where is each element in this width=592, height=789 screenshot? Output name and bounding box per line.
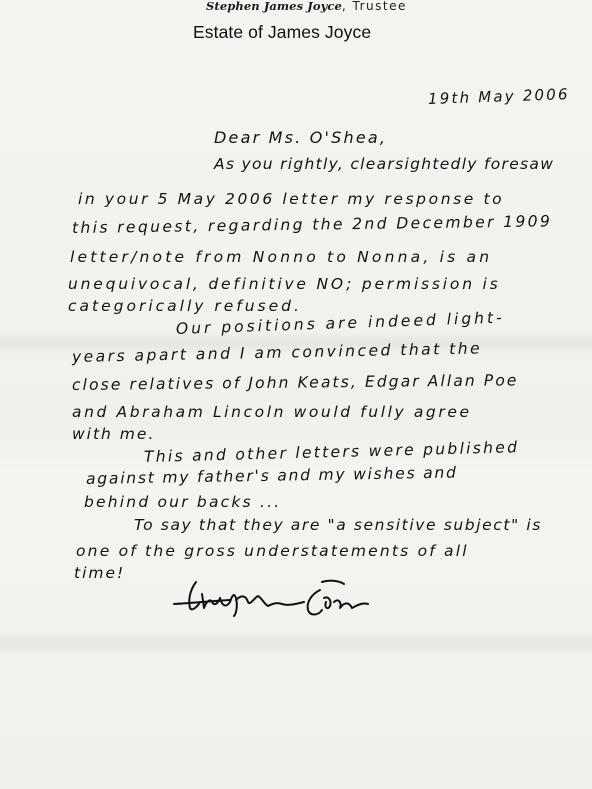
letter-line: To say that they are "a sensitive subjec… [134,516,542,534]
letter-line: letter/note from Nonno to Nonna, is an [70,248,492,266]
letter-date: 19th May 2006 [428,85,570,108]
letterhead-organization: Estate of James Joyce [193,22,371,43]
signature: Stephen Joyce [172,576,392,626]
salutation: Dear Ms. O'Shea, [214,128,387,147]
letter-line: As you rightly, clearsightedly foresaw [214,155,554,173]
letter-line: unequivocal, definitive NO; permission i… [68,275,501,293]
letter-line: in your 5 May 2006 letter my response to [78,190,504,208]
letter-line: behind our backs ... [84,493,281,511]
letterhead-name: Stephen James Joyce, Trustee [206,0,407,13]
paper-fold [0,630,592,656]
letter-line: categorically refused. [68,297,302,315]
letter-line: and Abraham Lincoln would fully agree [72,403,472,421]
letter-page: Stephen James Joyce, Trustee Estate of J… [0,0,592,789]
letter-line: with me. [72,425,155,443]
letter-line: this request, regarding the 2nd December… [72,212,552,237]
letter-line: This and other letters were published [144,438,520,466]
letter-line: close relatives of John Keats, Edgar All… [72,371,519,394]
letter-line: against my father's and my wishes and [86,464,458,488]
letterhead-title: , Trustee [342,0,407,13]
letter-line: one of the gross understatements of all [76,542,469,560]
letter-line: time! [74,564,125,582]
